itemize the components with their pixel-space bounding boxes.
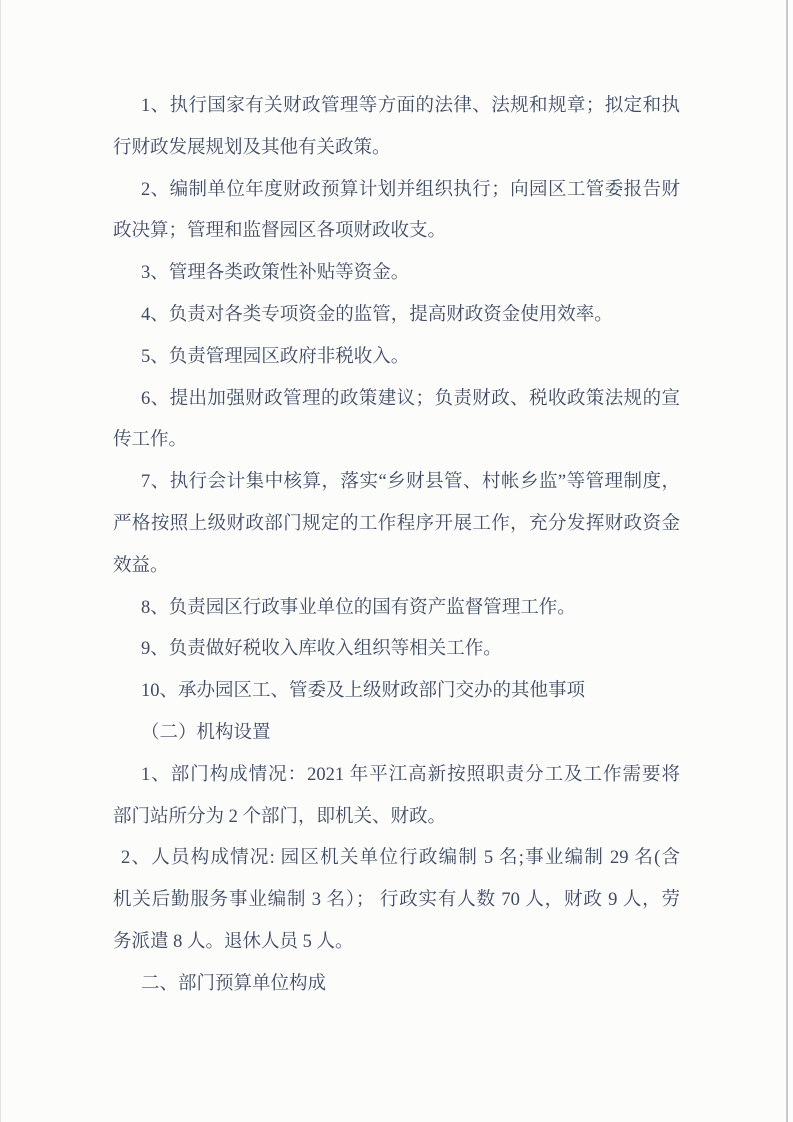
text-line: 机关后勤服务事业编制 3 名）； 行政实有人数 70 人，财政 9 人，劳 — [113, 880, 680, 922]
text-line: 2、人员构成情况: 园区机关单位行政编制 5 名;事业编制 29 名(含 — [113, 838, 680, 880]
text-line: 2、编制单位年度财政预算计划并组织执行；向园区工管委报告财 — [113, 170, 680, 212]
text-line: 效益。 — [113, 546, 680, 588]
text-line: 5、负责管理园区政府非税收入。 — [113, 337, 680, 379]
scanned-document-page: 1、执行国家有关财政管理等方面的法律、法规和规章；拟定和执行财政发展规划及其他有… — [0, 0, 793, 1122]
text-line: 1、执行国家有关财政管理等方面的法律、法规和规章；拟定和执 — [113, 86, 680, 128]
text-line: 传工作。 — [113, 420, 680, 462]
page-left-edge-line — [0, 0, 1, 1122]
text-line: 行财政发展规划及其他有关政策。 — [113, 128, 680, 170]
text-line: 7、执行会计集中核算，落实“乡财县管、村帐乡监”等管理制度， — [113, 462, 680, 504]
text-line: 二、部门预算单位构成 — [113, 964, 680, 1006]
text-block: 1、执行国家有关财政管理等方面的法律、法规和规章；拟定和执行财政发展规划及其他有… — [113, 86, 680, 1006]
text-line: 9、负责做好税收入库收入组织等相关工作。 — [113, 629, 680, 671]
text-line: 务派遣 8 人。退休人员 5 人。 — [113, 922, 680, 964]
text-line: 政决算；管理和监督园区各项财政收支。 — [113, 211, 680, 253]
text-line: 部门站所分为 2 个部门，即机关、财政。 — [113, 797, 680, 839]
page-right-edge-line — [786, 0, 788, 1122]
text-line: 1、部门构成情况：2021 年平江高新按照职责分工及工作需要将 — [113, 755, 680, 797]
text-line: 4、负责对各类专项资金的监管，提高财政资金使用效率。 — [113, 295, 680, 337]
text-line: 6、提出加强财政管理的政策建议；负责财政、税收政策法规的宣 — [113, 379, 680, 421]
text-line: （二）机构设置 — [113, 713, 680, 755]
text-line: 严格按照上级财政部门规定的工作程序开展工作，充分发挥财政资金 — [113, 504, 680, 546]
text-line: 10、承办园区工、管委及上级财政部门交办的其他事项 — [113, 671, 680, 713]
text-line: 3、管理各类政策性补贴等资金。 — [113, 253, 680, 295]
text-line: 8、负责园区行政事业单位的国有资产监督管理工作。 — [113, 588, 680, 630]
